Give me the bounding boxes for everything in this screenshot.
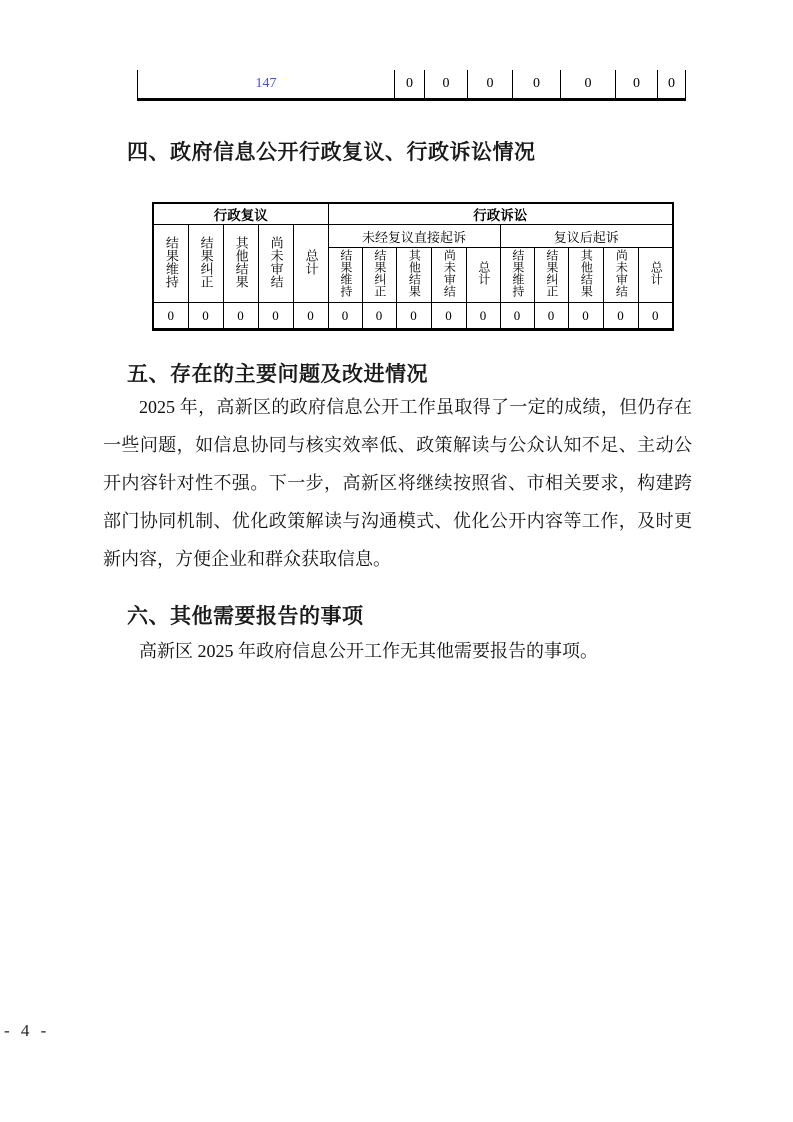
- col-header: 其他结果: [396, 248, 431, 303]
- review-litigation-table: 行政复议 行政诉讼 结果维持 结果纠正 其他结果 尚未审结 总计 未经复议直接起…: [152, 202, 674, 331]
- table-value: 0: [362, 303, 396, 330]
- table-value: 0: [431, 303, 466, 330]
- col-header: 结果纠正: [534, 248, 568, 303]
- carryover-table-fragment: 147 0 0 0 0 0 0 0: [137, 70, 686, 101]
- col-header: 总计: [466, 248, 500, 303]
- table-value: 0: [603, 303, 638, 330]
- section-six-paragraph: 高新区 2025 年政府信息公开工作无其他需要报告的事项。: [103, 632, 692, 670]
- table-value: 0: [638, 303, 673, 330]
- table-value: 0: [396, 303, 431, 330]
- col-header: 结果纠正: [188, 225, 223, 303]
- table-value: 0: [153, 303, 188, 330]
- col-header: 尚未审结: [431, 248, 466, 303]
- table-value: 0: [188, 303, 223, 330]
- carryover-cell: 0: [512, 70, 560, 98]
- table-value: 0: [568, 303, 603, 330]
- carryover-cell: 0: [657, 70, 686, 98]
- table-value: 0: [258, 303, 293, 330]
- document-page: 147 0 0 0 0 0 0 0 四、政府信息公开行政复议、行政诉讼情况 行政…: [0, 0, 793, 1122]
- subgroup-header-after-review: 复议后起诉: [500, 225, 673, 248]
- table-value: 0: [466, 303, 500, 330]
- carryover-cell: 0: [424, 70, 467, 98]
- table-value: 0: [534, 303, 568, 330]
- col-header: 结果纠正: [362, 248, 396, 303]
- col-header: 结果维持: [500, 248, 534, 303]
- col-header: 结果维持: [153, 225, 188, 303]
- page-number: - 4 -: [4, 1021, 46, 1041]
- section-four-heading: 四、政府信息公开行政复议、行政诉讼情况: [127, 136, 536, 166]
- col-header: 尚未审结: [603, 248, 638, 303]
- col-header: 总计: [638, 248, 673, 303]
- carryover-cell: 0: [560, 70, 615, 98]
- table-value: 0: [223, 303, 258, 330]
- table-value: 0: [500, 303, 534, 330]
- table-value: 0: [293, 303, 328, 330]
- carryover-cell: 0: [394, 70, 424, 98]
- carryover-cell-total: 147: [137, 70, 394, 98]
- col-header: 其他结果: [223, 225, 258, 303]
- col-header: 尚未审结: [258, 225, 293, 303]
- table-value: 0: [328, 303, 362, 330]
- subgroup-header-direct: 未经复议直接起诉: [328, 225, 500, 248]
- col-header: 其他结果: [568, 248, 603, 303]
- section-five-heading: 五、存在的主要问题及改进情况: [127, 358, 428, 388]
- group-header-review: 行政复议: [153, 203, 328, 225]
- col-header: 总计: [293, 225, 328, 303]
- section-six-heading: 六、其他需要报告的事项: [127, 600, 364, 630]
- section-five-paragraph: 2025 年，高新区的政府信息公开工作虽取得了一定的成绩，但仍存在一些问题，如信…: [103, 388, 692, 578]
- carryover-cell: 0: [615, 70, 657, 98]
- carryover-cell: 0: [467, 70, 512, 98]
- group-header-litigation: 行政诉讼: [328, 203, 673, 225]
- col-header: 结果维持: [328, 248, 362, 303]
